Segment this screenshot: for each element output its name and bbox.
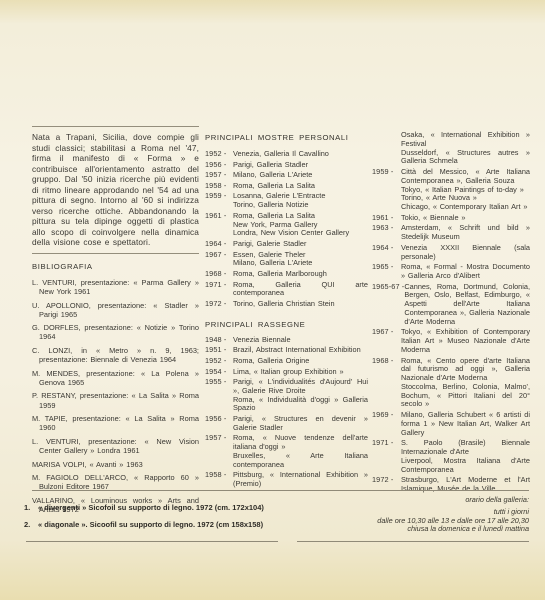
group-shows-list-col1: 1948 - Venezia Biennale 1951 - Brazil, A… <box>205 336 368 489</box>
exhibition-year: 1952 - <box>205 150 233 159</box>
exhibition-venues: Brazil, Abstract International Exhibitio… <box>233 346 368 355</box>
exhibition-venue-line: Osaka, « International Exhibition » Fest… <box>401 131 530 149</box>
exhibition-venue-line: Roma, Galleria Origine <box>233 357 368 366</box>
exhibition-year: 1965-67 - <box>372 283 404 327</box>
exhibition-year: 1957 - <box>205 171 233 180</box>
caption-number: 2. <box>24 520 38 530</box>
exhibition-entry: 1972 - Torino, Galleria Christian Stein <box>205 300 368 309</box>
exhibition-venue-line: Roma, « Individualità d'oggi » Galleria … <box>233 396 368 414</box>
exhibition-venue-line: Parigi, « L'individualités d'Aujourd' Hu… <box>233 378 368 396</box>
exhibition-entry: 1955 - Parigi, « L'individualités d'Aujo… <box>205 378 368 413</box>
exhibition-year: 1964 - <box>205 240 233 249</box>
exhibition-venue-line: Venezia XXXII Biennale (sala personale) <box>401 244 530 262</box>
exhibition-entry: 1958 - Pittsburg, « International Exhibi… <box>205 471 368 489</box>
exhibition-entry: 1967 - Essen, Galerie ThelerMilano, Gall… <box>205 251 368 269</box>
exhibition-year: 1957 - <box>205 434 233 469</box>
exhibition-year: 1964 - <box>372 244 401 262</box>
exhibition-year: 1967 - <box>372 328 401 354</box>
exhibition-year: 1951 - <box>205 346 233 355</box>
solo-shows-list: 1952 - Venezia, Galleria Il Cavallino 19… <box>205 150 368 309</box>
exhibition-venues: Venezia, Galleria Il Cavallino <box>233 150 368 159</box>
exhibition-entry: 1958 - Roma, Galleria La Salita <box>205 182 368 191</box>
gallery-hours-closed: chiusa la domenica e il lunedì mattina <box>279 525 529 533</box>
exhibition-entry: 1971 - Roma, Galleria QUI arte contempor… <box>205 281 368 299</box>
exhibition-venues: S. Paolo (Brasile) Biennale Internaziona… <box>401 439 530 474</box>
divider-top <box>32 126 199 127</box>
exhibition-venues: Parigi, « Structures en devenir » Galeri… <box>233 415 368 433</box>
exhibition-year: 1952 - <box>205 357 233 366</box>
exhibition-venue-line: Tokio, « Biennale » <box>401 214 530 223</box>
exhibition-venues: Osaka, « International Exhibition » Fest… <box>401 131 530 166</box>
exhibition-venue-line: Città del Messico, « Arte Italiana Conte… <box>401 168 530 186</box>
bibliography-item: M. TAPIE, presentazione: « La Salita » R… <box>32 414 199 432</box>
exhibition-venues: Roma, Galleria La SalitaNew York, Parma … <box>233 212 368 238</box>
bibliography-item: L. VENTURI, presentazione: « New Vision … <box>32 437 199 455</box>
exhibition-venue-line: Milano, Galleria Schubert « 6 artisti di… <box>401 411 530 437</box>
exhibition-venue-line: Parigi, « Structures en devenir » Galeri… <box>233 415 368 433</box>
exhibition-venue-line: Roma, « Cento opere d'arte Italiana dal … <box>401 357 530 383</box>
bibliography-item: P. RESTANY, presentazione: « La Salita »… <box>32 391 199 409</box>
exhibition-entry: 1952 - Venezia, Galleria Il Cavallino <box>205 150 368 159</box>
exhibition-venues: Tokyo, « Exhibition of Contemporary Ital… <box>401 328 530 354</box>
divider-footer-top <box>32 490 529 491</box>
exhibition-venue-line: Liverpool, Mostra Italiana d'Arte Contem… <box>401 457 530 475</box>
exhibition-venues: Parigi, Galerie Stadler <box>233 240 368 249</box>
exhibition-entry: 1959 - Losanna, Galerie L'EntracteTorino… <box>205 192 368 210</box>
exhibition-venues: Roma, Galleria La Salita <box>233 182 368 191</box>
exhibition-venue-line: Milano, Galleria L'Ariete <box>233 171 368 180</box>
exhibition-year: 1969 - <box>372 411 401 437</box>
exhibition-entry: 1968 - Roma, « Cento opere d'arte Italia… <box>372 357 530 410</box>
exhibition-year: 1972 - <box>372 476 401 494</box>
bibliography-item: MARISA VOLPI, « Avanti » 1963 <box>32 460 199 469</box>
exhibition-venues: Roma, Galleria Marlborough <box>233 270 368 279</box>
exhibition-venues: Amsterdam, « Schrift und bild » Stedelij… <box>401 224 530 242</box>
middle-column: PRINCIPALI MOSTRE PERSONALI 1952 - Venez… <box>205 133 368 491</box>
exhibition-venue-line: Brazil, Abstract International Exhibitio… <box>233 346 368 355</box>
right-column: Osaka, « International Exhibition » Fest… <box>372 131 530 496</box>
exhibition-venue-line: Roma, « Formal - Mostra Documento » Gall… <box>401 263 530 281</box>
exhibition-entry: 1964 - Venezia XXXII Biennale (sala pers… <box>372 244 530 262</box>
exhibition-year: 1954 - <box>205 368 233 377</box>
bibliography-item: G. DORFLES, presentazione: « Notizie » T… <box>32 323 199 341</box>
exhibition-year: 1965 - <box>372 263 401 281</box>
exhibition-venue-line: Roma, Galleria La Salita <box>233 182 368 191</box>
exhibition-venue-line: Bruxelles, « Arte Italiana contemporanea <box>233 452 368 470</box>
exhibition-venues: Venezia XXXII Biennale (sala personale) <box>401 244 530 262</box>
divider-bio-bottom <box>32 253 199 254</box>
exhibition-entry: 1959 - Città del Messico, « Arte Italian… <box>372 168 530 212</box>
bibliography-heading: BIBLIOGRAFIA <box>32 262 199 271</box>
exhibition-venue-line: Venezia, Galleria Il Cavallino <box>233 150 368 159</box>
exhibition-venues: Città del Messico, « Arte Italiana Conte… <box>401 168 530 212</box>
exhibition-year: 1959 - <box>205 192 233 210</box>
exhibition-entry: 1948 - Venezia Biennale <box>205 336 368 345</box>
exhibition-year: 1958 - <box>205 471 233 489</box>
exhibition-venue-line: Tokyo, « Exhibition of Contemporary Ital… <box>401 328 530 354</box>
exhibition-entry: Osaka, « International Exhibition » Fest… <box>372 131 530 166</box>
exhibition-venues: Milano, Galleria Schubert « 6 artisti di… <box>401 411 530 437</box>
exhibition-venues: Tokio, « Biennale » <box>401 214 530 223</box>
exhibition-year: 1959 - <box>372 168 401 212</box>
exhibition-entry: 1952 - Roma, Galleria Origine <box>205 357 368 366</box>
exhibition-year: 1968 - <box>372 357 401 410</box>
bibliography-item: C. LONZI, in « Metro » n. 9, 1963; prese… <box>32 346 199 364</box>
exhibition-venue-line: Londra, New Vision Center Gallery <box>233 229 368 238</box>
left-column: Nata a Trapani, Sicilia, dove compie gli… <box>32 126 199 518</box>
exhibition-entry: 1969 - Milano, Galleria Schubert « 6 art… <box>372 411 530 437</box>
bibliography-item: M. MENDES, presentazione: « La Polena » … <box>32 369 199 387</box>
exhibition-venue-line: Dusseldorf, « Structures autres » Galler… <box>401 149 530 167</box>
exhibition-year: 1961 - <box>205 212 233 238</box>
exhibition-year: 1948 - <box>205 336 233 345</box>
solo-shows-heading: PRINCIPALI MOSTRE PERSONALI <box>205 133 368 142</box>
exhibition-venue-line: Torino, Galleria Notizie <box>233 201 368 210</box>
divider-bottom-left <box>26 541 278 542</box>
exhibition-entry: 1961 - Roma, Galleria La SalitaNew York,… <box>205 212 368 238</box>
exhibition-year: 1963 - <box>372 224 401 242</box>
exhibition-entry: 1972 - Strasburgo, L'Art Moderne et l'Ar… <box>372 476 530 494</box>
caption-text: « divergenti » Sicofoil su supporto di l… <box>38 503 264 512</box>
exhibition-year: 1961 - <box>372 214 401 223</box>
exhibition-year: 1971 - <box>372 439 401 474</box>
exhibition-venues: Essen, Galerie ThelerMilano, Galleria L'… <box>233 251 368 269</box>
caption-text: « diagonale ». Sicoofil su supporto di l… <box>38 520 263 529</box>
exhibition-entry: 1957 - Milano, Galleria L'Ariete <box>205 171 368 180</box>
exhibition-venues: Milano, Galleria L'Ariete <box>233 171 368 180</box>
exhibition-venues: Cannes, Roma, Dortmund, Colonia, Bergen,… <box>404 283 530 327</box>
exhibition-venue-line: Cannes, Roma, Dortmund, Colonia, Bergen,… <box>404 283 530 327</box>
exhibition-entry: 1964 - Parigi, Galerie Stadler <box>205 240 368 249</box>
exhibition-venue-line: Roma, « Nuove tendenze dell'arte italian… <box>233 434 368 452</box>
exhibition-venues: Losanna, Galerie L'EntracteTorino, Galle… <box>233 192 368 210</box>
exhibition-entry: 1951 - Brazil, Abstract International Ex… <box>205 346 368 355</box>
caption-number: 1. <box>24 503 38 513</box>
exhibition-entry: 1956 - Parigi, Galleria Stadler <box>205 161 368 170</box>
exhibition-entry: 1968 - Roma, Galleria Marlborough <box>205 270 368 279</box>
exhibition-venues: Torino, Galleria Christian Stein <box>233 300 368 309</box>
exhibition-year: 1956 - <box>205 161 233 170</box>
exhibition-venue-line: S. Paolo (Brasile) Biennale Internaziona… <box>401 439 530 457</box>
exhibition-venues: Roma, Galleria Origine <box>233 357 368 366</box>
bibliography-item: L. VENTURI, presentazione: « Parma Galle… <box>32 278 199 296</box>
exhibition-venue-line: Strasburgo, L'Art Moderne et l'Art Islam… <box>401 476 530 494</box>
exhibition-entry: 1957 - Roma, « Nuove tendenze dell'arte … <box>205 434 368 469</box>
exhibition-venue-line: Milano, Galleria L'Ariete <box>233 259 368 268</box>
exhibition-venues: Roma, « Nuove tendenze dell'arte italian… <box>233 434 368 469</box>
exhibition-venues: Venezia Biennale <box>233 336 368 345</box>
exhibition-venue-line: Parigi, Galerie Stadler <box>233 240 368 249</box>
exhibition-venue-line: Pittsburg, « International Exhibition » … <box>233 471 368 489</box>
exhibition-year: 1956 - <box>205 415 233 433</box>
exhibition-entry: 1963 - Amsterdam, « Schrift und bild » S… <box>372 224 530 242</box>
exhibition-year: 1972 - <box>205 300 233 309</box>
bibliography-item: U. APOLLONIO, presentazione: « Stadler »… <box>32 301 199 319</box>
exhibition-venues: Lima, « Italian group Exhibition » <box>233 368 368 377</box>
exhibition-venues: Parigi, Galleria Stadler <box>233 161 368 170</box>
exhibition-venues: Roma, Galleria QUI arte contemporanea <box>233 281 368 299</box>
artist-biography: Nata a Trapani, Sicilia, dove compie gli… <box>32 132 199 248</box>
exhibition-entry: 1965-67 - Cannes, Roma, Dortmund, Coloni… <box>372 283 530 327</box>
exhibition-year: 1955 - <box>205 378 233 413</box>
exhibition-entry: 1956 - Parigi, « Structures en devenir »… <box>205 415 368 433</box>
exhibition-venue-line: Roma, Galleria QUI arte contemporanea <box>233 281 368 299</box>
exhibition-entry: 1965 - Roma, « Formal - Mostra Documento… <box>372 263 530 281</box>
exhibition-entry: 1967 - Tokyo, « Exhibition of Contempora… <box>372 328 530 354</box>
group-shows-heading: PRINCIPALI RASSEGNE <box>205 320 368 329</box>
exhibition-venue-line: Chicago, « Contemporary Italian Art » <box>401 203 530 212</box>
exhibition-venue-line: Amsterdam, « Schrift und bild » Stedelij… <box>401 224 530 242</box>
bibliography-list: L. VENTURI, presentazione: « Parma Galle… <box>32 278 199 514</box>
gallery-hours-title: orario della galleria: <box>279 496 529 504</box>
exhibition-venues: Strasburgo, L'Art Moderne et l'Art Islam… <box>401 476 530 494</box>
exhibition-venue-line: Roma, Galleria Marlborough <box>233 270 368 279</box>
catalog-page: Nata a Trapani, Sicilia, dove compie gli… <box>0 0 545 600</box>
exhibition-venues: Roma, « Cento opere d'arte Italiana dal … <box>401 357 530 410</box>
exhibition-year: 1958 - <box>205 182 233 191</box>
exhibition-year <box>372 131 401 166</box>
exhibition-year: 1971 - <box>205 281 233 299</box>
bibliography-item: M. FAGIOLO DELL'ARCO, « Rapporto 60 » Bu… <box>32 473 199 491</box>
exhibition-year: 1967 - <box>205 251 233 269</box>
group-shows-list-col2: Osaka, « International Exhibition » Fest… <box>372 131 530 494</box>
exhibition-year: 1968 - <box>205 270 233 279</box>
exhibition-entry: 1961 - Tokio, « Biennale » <box>372 214 530 223</box>
gallery-hours: orario della galleria: tutti i giorni da… <box>279 496 529 533</box>
exhibition-venue-line: Torino, Galleria Christian Stein <box>233 300 368 309</box>
exhibition-entry: 1971 - S. Paolo (Brasile) Biennale Inter… <box>372 439 530 474</box>
exhibition-venues: Parigi, « L'individualités d'Aujourd' Hu… <box>233 378 368 413</box>
exhibition-venues: Roma, « Formal - Mostra Documento » Gall… <box>401 263 530 281</box>
exhibition-venue-line: Stoccolma, Berlino, Colonia, Malmo', Boc… <box>401 383 530 409</box>
divider-bottom-right <box>297 541 529 542</box>
exhibition-venue-line: Lima, « Italian group Exhibition » <box>233 368 368 377</box>
exhibition-venue-line: Venezia Biennale <box>233 336 368 345</box>
exhibition-venue-line: Parigi, Galleria Stadler <box>233 161 368 170</box>
exhibition-entry: 1954 - Lima, « Italian group Exhibition … <box>205 368 368 377</box>
exhibition-venues: Pittsburg, « International Exhibition » … <box>233 471 368 489</box>
